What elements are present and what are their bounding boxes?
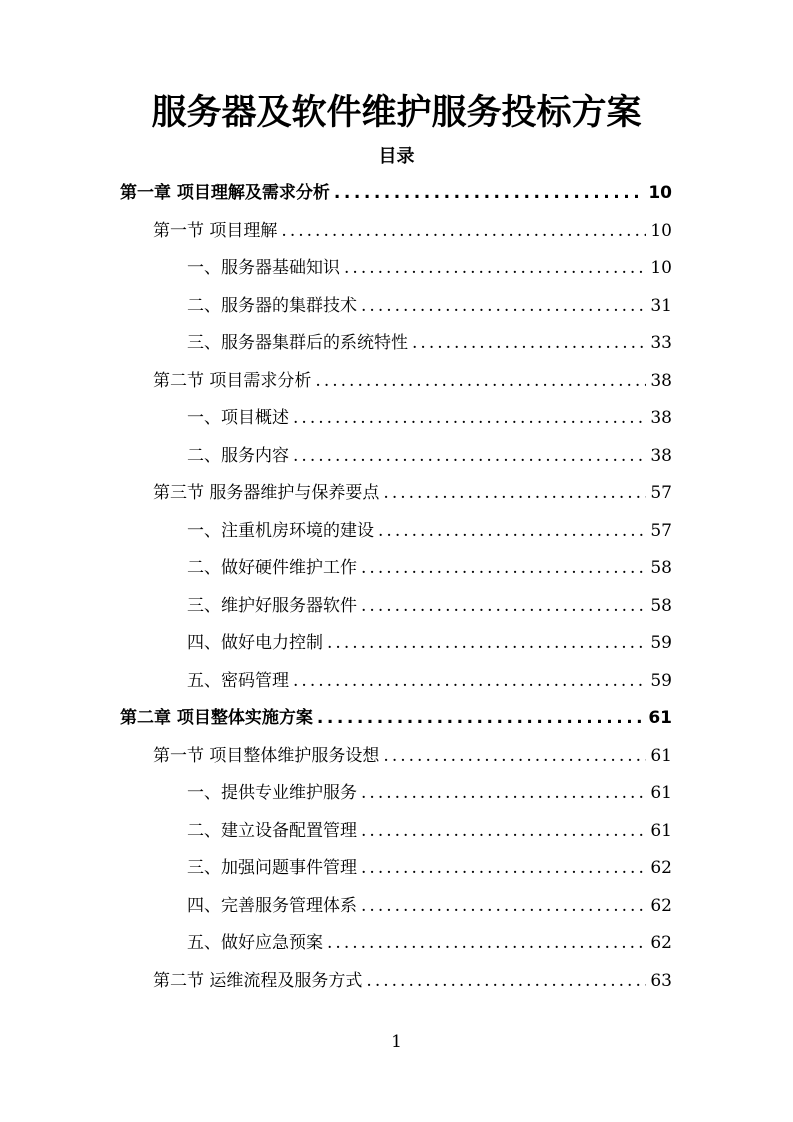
- toc-entry-page: 62: [650, 853, 672, 883]
- toc-entry-section[interactable]: 第一节 项目整体维护服务设想 61: [153, 741, 672, 771]
- toc-entry-page: 31: [650, 291, 672, 321]
- dot-leader: [344, 253, 646, 283]
- toc-entry-page: 63: [650, 966, 672, 996]
- toc-entry-page: 62: [650, 928, 672, 958]
- toc-entry-item[interactable]: 三、服务器集群后的系统特性 33: [187, 328, 672, 358]
- dot-leader: [293, 403, 646, 433]
- toc-entry-item[interactable]: 四、做好电力控制 59: [187, 628, 672, 658]
- toc-entry-section[interactable]: 第二节 运维流程及服务方式 63: [153, 966, 672, 996]
- toc-entry-label: 二、服务内容: [187, 441, 289, 471]
- toc-entry-item[interactable]: 三、维护好服务器软件 58: [187, 591, 672, 621]
- toc-entry-item[interactable]: 二、建立设备配置管理 61: [187, 816, 672, 846]
- toc-entry-label: 第二章 项目整体实施方案: [120, 703, 313, 733]
- dot-leader: [293, 441, 646, 471]
- toc-entry-page: 57: [650, 478, 672, 508]
- toc-entry-page: 58: [650, 553, 672, 583]
- dot-leader: [317, 703, 644, 733]
- toc-entry-label: 三、维护好服务器软件: [187, 591, 357, 621]
- dot-leader: [327, 928, 646, 958]
- toc-entry-page: 58: [650, 591, 672, 621]
- toc-entry-page: 10: [650, 216, 672, 246]
- toc-entry-item[interactable]: 五、做好应急预案 62: [187, 928, 672, 958]
- toc-entry-item[interactable]: 三、加强问题事件管理 62: [187, 853, 672, 883]
- dot-leader: [383, 741, 646, 771]
- toc-entry-page: 10: [648, 178, 672, 208]
- toc-entry-page: 57: [650, 516, 672, 546]
- toc-entry-page: 61: [648, 703, 672, 733]
- toc-entry-label: 第二节 运维流程及服务方式: [153, 966, 362, 996]
- toc-entry-page: 62: [650, 891, 672, 921]
- toc-entry-page: 61: [650, 741, 672, 771]
- toc-entry-item[interactable]: 二、服务器的集群技术 31: [187, 291, 672, 321]
- toc-entry-item[interactable]: 二、服务内容 38: [187, 441, 672, 471]
- toc-entry-item[interactable]: 四、完善服务管理体系 62: [187, 891, 672, 921]
- toc-entry-label: 一、服务器基础知识: [187, 253, 340, 283]
- toc-entry-chapter-1[interactable]: 第一章 项目理解及需求分析 10: [120, 178, 672, 208]
- page-number: 1: [0, 1030, 793, 1054]
- toc-entry-label: 第二节 项目需求分析: [153, 366, 311, 396]
- dot-leader: [327, 628, 646, 658]
- document-title: 服务器及软件维护服务投标方案: [0, 88, 793, 138]
- toc-entry-label: 一、提供专业维护服务: [187, 778, 357, 808]
- toc-entry-label: 五、密码管理: [187, 666, 289, 696]
- dot-leader: [315, 366, 646, 396]
- toc-entry-label: 四、做好电力控制: [187, 628, 323, 658]
- toc-entry-item[interactable]: 一、提供专业维护服务 61: [187, 778, 672, 808]
- toc-entry-label: 第一节 项目整体维护服务设想: [153, 741, 379, 771]
- dot-leader: [293, 666, 646, 696]
- toc-entry-page: 38: [650, 441, 672, 471]
- toc-entry-page: 61: [650, 778, 672, 808]
- toc-entry-page: 10: [650, 253, 672, 283]
- toc-entry-item[interactable]: 五、密码管理 59: [187, 666, 672, 696]
- toc-entry-page: 59: [650, 666, 672, 696]
- toc-entry-section[interactable]: 第三节 服务器维护与保养要点 57: [153, 478, 672, 508]
- dot-leader: [378, 516, 646, 546]
- toc-entry-section[interactable]: 第二节 项目需求分析 38: [153, 366, 672, 396]
- dot-leader: [361, 778, 646, 808]
- toc-entry-label: 第一节 项目理解: [153, 216, 277, 246]
- toc-entry-item[interactable]: 一、服务器基础知识 10: [187, 253, 672, 283]
- toc-entry-item[interactable]: 一、项目概述 38: [187, 403, 672, 433]
- dot-leader: [361, 553, 646, 583]
- toc-entry-label: 三、加强问题事件管理: [187, 853, 357, 883]
- toc-entry-label: 第三节 服务器维护与保养要点: [153, 478, 379, 508]
- toc-entry-label: 二、建立设备配置管理: [187, 816, 357, 846]
- toc-entry-label: 三、服务器集群后的系统特性: [187, 328, 408, 358]
- toc-entry-section[interactable]: 第一节 项目理解 10: [153, 216, 672, 246]
- toc-entry-label: 二、服务器的集群技术: [187, 291, 357, 321]
- dot-leader: [412, 328, 646, 358]
- dot-leader: [361, 816, 646, 846]
- toc-entry-page: 38: [650, 366, 672, 396]
- toc-entry-label: 一、项目概述: [187, 403, 289, 433]
- dot-leader: [281, 216, 646, 246]
- toc-entry-label: 四、完善服务管理体系: [187, 891, 357, 921]
- dot-leader: [361, 591, 646, 621]
- toc-entry-label: 二、做好硬件维护工作: [187, 553, 357, 583]
- toc-entry-item[interactable]: 二、做好硬件维护工作 58: [187, 553, 672, 583]
- toc-entry-label: 第一章 项目理解及需求分析: [120, 178, 330, 208]
- dot-leader: [361, 291, 646, 321]
- toc-entry-page: 59: [650, 628, 672, 658]
- toc-entry-label: 五、做好应急预案: [187, 928, 323, 958]
- toc-entry-page: 61: [650, 816, 672, 846]
- toc-heading: 目录: [0, 143, 793, 171]
- toc-entry-page: 33: [650, 328, 672, 358]
- dot-leader: [361, 891, 646, 921]
- toc-entry-chapter-2[interactable]: 第二章 项目整体实施方案 61: [120, 703, 672, 733]
- toc-entry-label: 一、注重机房环境的建设: [187, 516, 374, 546]
- dot-leader: [366, 966, 646, 996]
- toc-entry-page: 38: [650, 403, 672, 433]
- dot-leader: [334, 178, 644, 208]
- dot-leader: [361, 853, 646, 883]
- dot-leader: [383, 478, 646, 508]
- toc-entry-item[interactable]: 一、注重机房环境的建设 57: [187, 516, 672, 546]
